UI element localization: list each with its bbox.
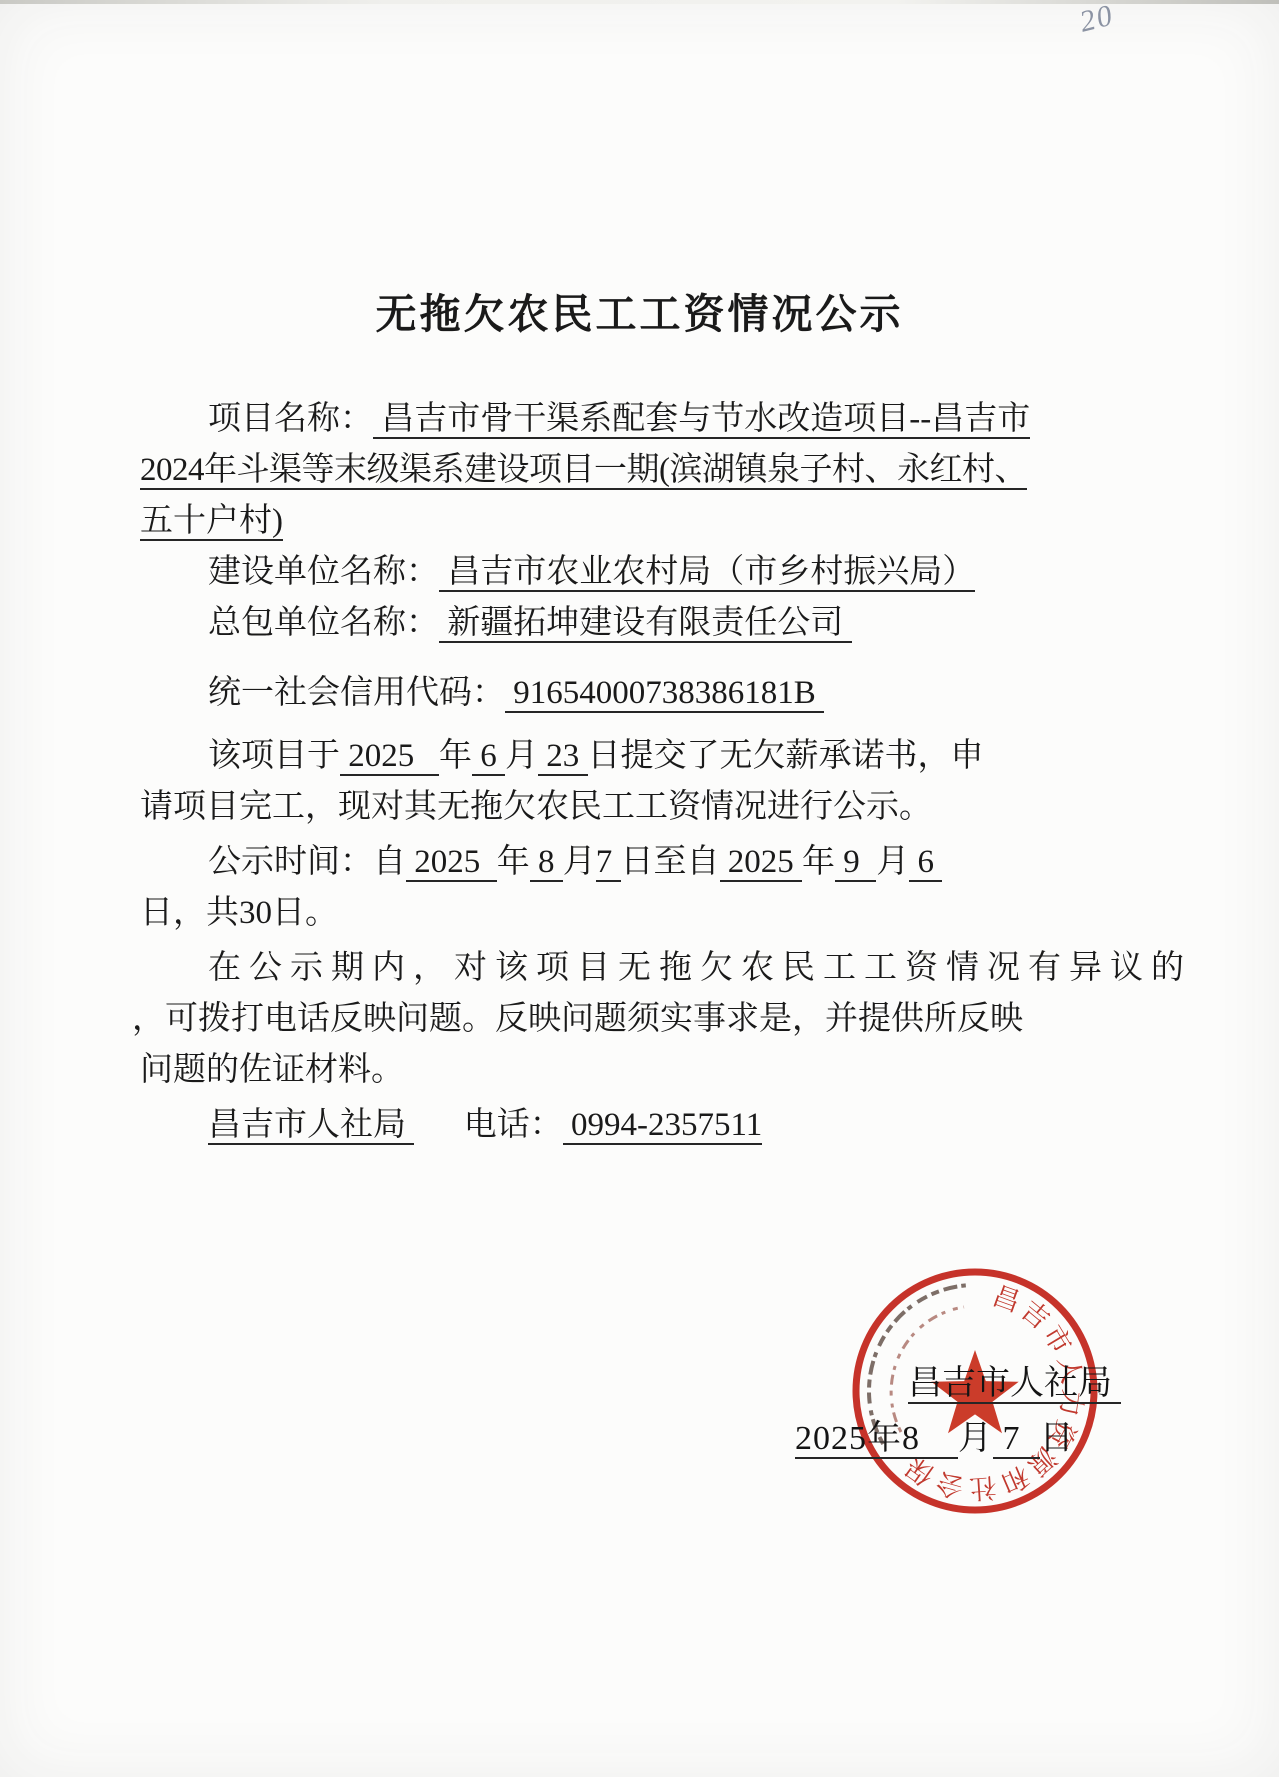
fill-in-underlined: 2025年8 — [795, 1420, 958, 1459]
line-objection-3: 问题的佐证材料。 — [140, 1045, 1052, 1096]
text-run: 电话： — [414, 1107, 563, 1143]
fill-in-underlined: 昌吉市骨干渠系配套与节水改造项目--昌吉市 — [373, 401, 1030, 439]
line-builder-name: 建设单位名称： 昌吉市农业农村局（市乡村振兴局） — [140, 547, 1052, 598]
text-run: 年 — [802, 844, 835, 880]
text-run: ，可拨打电话反映问题。反映问题须实事求是，并提供所反映 — [132, 1001, 1023, 1037]
text-run: 月 — [876, 844, 909, 880]
text-run: 问题的佐证材料。 — [140, 1052, 404, 1088]
line-period-2: 日，共30日。 — [140, 888, 1052, 939]
text-run: 月 — [958, 1420, 993, 1457]
text-run: 日提交了无欠薪承诺书，申 — [588, 738, 984, 774]
fill-in-underlined: 8 — [530, 844, 563, 882]
text-run: 项目名称： — [208, 401, 373, 437]
fill-in-underlined: 7 — [596, 844, 621, 882]
fill-in-underlined: 2025 — [340, 738, 439, 776]
text-run: 日，共30日。 — [140, 895, 338, 931]
document-page: 20 无拖欠农民工工资情况公示 项目名称： 昌吉市骨干渠系配套与节水改造项目--… — [0, 0, 1279, 1777]
fill-in-underlined: 9 — [835, 844, 876, 882]
line-project-name-1: 项目名称： 昌吉市骨干渠系配套与节水改造项目--昌吉市 — [140, 394, 1052, 445]
fill-in-underlined: 6 — [909, 844, 942, 882]
text-run: 日至自 — [621, 844, 720, 880]
text-run: 统一社会信用代码： — [208, 675, 505, 711]
text-run: 日 — [1040, 1420, 1075, 1457]
fill-in-underlined: 五十户村) — [140, 503, 283, 541]
fill-in-underlined: 2024年斗渠等末级渠系建设项目一期(滨湖镇泉子村、永红村、 — [140, 452, 1027, 490]
text-run: 建设单位名称： — [208, 554, 439, 590]
line-project-name-2: 2024年斗渠等末级渠系建设项目一期(滨湖镇泉子村、永红村、 — [140, 445, 1052, 496]
notice-body: 项目名称： 昌吉市骨干渠系配套与节水改造项目--昌吉市 2024年斗渠等末级渠系… — [140, 394, 1052, 1151]
handwritten-corner-mark: 20 — [1076, 0, 1117, 40]
line-submission-2: 请项目完工，现对其无拖欠农民工工资情况进行公示。 — [140, 782, 1052, 833]
text-run: 请项目完工，现对其无拖欠农民工工资情况进行公示。 — [140, 789, 932, 825]
text-run: 月 — [563, 844, 596, 880]
seal-date-line: 2025年8 月 7 日 — [795, 1410, 1075, 1459]
line-contact: 昌吉市人社局 电话： 0994-2357511 — [140, 1100, 1052, 1151]
fill-in-underlined: 23 — [538, 738, 588, 776]
line-period-1: 公示时间：自 2025 年 8 月7 日至自 2025 年 9 月 6 — [140, 837, 1052, 888]
text-run: 公示时间：自 — [208, 844, 406, 880]
notice-title: 无拖欠农民工工资情况公示 — [0, 281, 1279, 340]
fill-in-underlined: 昌吉市人社局 — [908, 1365, 1121, 1404]
line-objection-2: ，可拨打电话反映问题。反映问题须实事求是，并提供所反映 — [132, 994, 1052, 1045]
text-run: 年 — [439, 738, 472, 774]
fill-in-underlined: 2025 — [720, 844, 803, 882]
text-run: 该项目于 — [208, 738, 340, 774]
fill-in-underlined: 0994-2357511 — [563, 1107, 763, 1145]
line-contractor-name: 总包单位名称： 新疆拓坤建设有限责任公司 — [140, 598, 1052, 649]
line-credit-code: 统一社会信用代码： 91654000738386181B — [140, 668, 1052, 719]
fill-in-underlined: 6 — [472, 738, 505, 776]
fill-in-underlined: 7 — [993, 1420, 1040, 1459]
fill-in-underlined: 昌吉市人社局 — [208, 1107, 414, 1145]
text-run: 年 — [497, 844, 530, 880]
text-run: 在公示期内，对该项目无拖欠农民工工资情况有异议的 — [208, 950, 1192, 986]
text-run: 总包单位名称： — [208, 605, 439, 641]
line-project-name-3: 五十户村) — [140, 496, 1052, 547]
fill-in-underlined: 昌吉市农业农村局（市乡村振兴局） — [439, 554, 975, 592]
fill-in-underlined: 91654000738386181B — [505, 675, 824, 713]
fill-in-underlined: 2025 — [406, 844, 497, 882]
line-submission-1: 该项目于 2025 年 6 月 23 日提交了无欠薪承诺书，申 — [140, 731, 1052, 782]
fill-in-underlined: 新疆拓坤建设有限责任公司 — [439, 605, 852, 643]
text-run: 月 — [505, 738, 538, 774]
line-objection-1: 在公示期内，对该项目无拖欠农民工工资情况有异议的 — [140, 943, 1052, 994]
seal-org-overlay: 昌吉市人社局 — [908, 1355, 1121, 1404]
